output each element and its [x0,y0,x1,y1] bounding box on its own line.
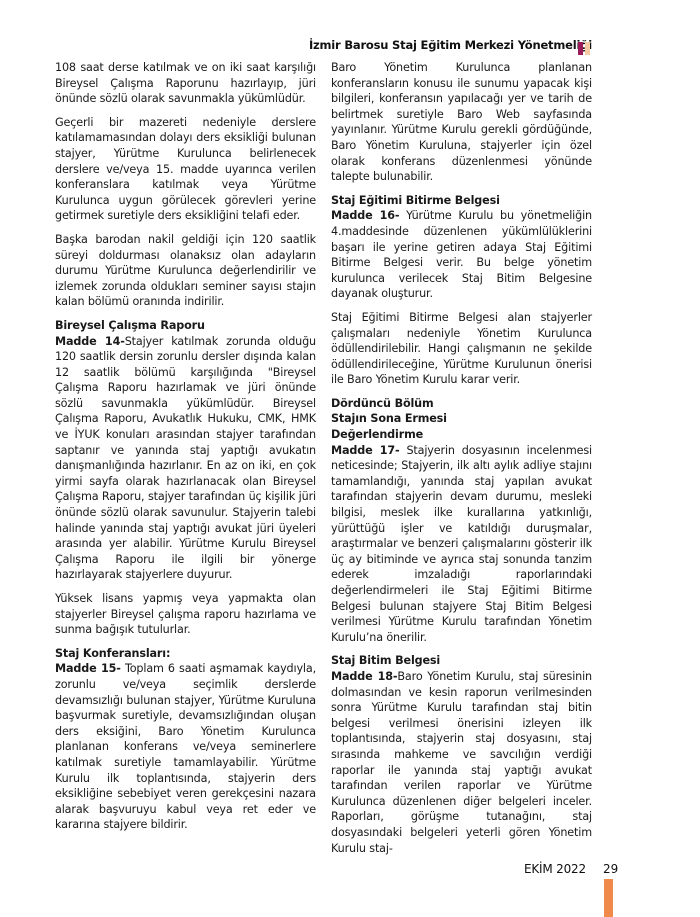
page-number: 29 [603,862,618,876]
article-text: Stajyer katılmak zorunda olduğu 120 saat… [55,335,316,582]
paragraph: Başka barodan nakil geldiği için 120 saa… [55,232,316,310]
issue-date: EKİM 2022 [524,862,586,876]
running-title: İzmir Barosu Staj Eğitim Merkezi Yönetme… [309,38,592,52]
article-17: Dördüncü Bölüm Stajın Sona Ermesi Değerl… [331,396,592,646]
chapter-subtitle: Stajın Sona Ermesi [331,411,592,427]
article-text: Baro Yönetim Kurulu, staj süresinin dolm… [331,670,592,855]
article-text: Stajyerin dosyasının incelenmesi netices… [331,444,592,644]
article-number: Madde 15- [55,662,121,675]
article-18: Staj Bitim Belgesi Madde 18-Baro Yönetim… [331,653,592,856]
article-number: Madde 16- [331,209,399,222]
footer-accent-bar [604,879,613,917]
article-text: Yürütme Kurulu bu yönetmeliğin 4.maddesi… [331,209,592,300]
accent-bar-light [585,42,590,55]
header-accent [578,42,590,55]
paragraph: Baro Yönetim Kurulunca planlanan konfera… [331,60,592,185]
article-number: Madde 17- [331,444,400,457]
chapter-heading: Dördüncü Bölüm [331,396,592,412]
paragraph: 108 saat derse katılmak ve on iki saat k… [55,60,316,107]
section-heading: Bireysel Çalışma Raporu [55,318,316,334]
paragraph: Yüksek lisans yapmış veya yapmakta olan … [55,591,316,638]
accent-bar-dark [578,42,583,55]
section-heading: Değerlendirme [331,427,592,443]
paragraph: Staj Eğitimi Bitirme Belgesi alan stajye… [331,310,592,388]
left-column: 108 saat derse katılmak ve on iki saat k… [55,60,316,841]
article-number: Madde 14- [55,335,125,348]
section-heading: Staj Bitim Belgesi [331,653,592,669]
section-heading: Staj Eğitimi Bitirme Belgesi [331,193,592,209]
section-heading: Staj Konferansları: [55,646,316,662]
article-15: Staj Konferansları: Madde 15- Toplam 6 s… [55,646,316,833]
right-column: Baro Yönetim Kurulunca planlanan konfera… [331,60,592,864]
article-number: Madde 18- [331,670,397,683]
article-text: Toplam 6 saati aşmamak kaydıyla, zorunlu… [55,662,316,831]
paragraph: Geçerli bir mazereti nedeniyle derslere … [55,115,316,224]
article-14: Bireysel Çalışma Raporu Madde 14-Stajyer… [55,318,316,583]
article-16: Staj Eğitimi Bitirme Belgesi Madde 16- Y… [331,193,592,302]
